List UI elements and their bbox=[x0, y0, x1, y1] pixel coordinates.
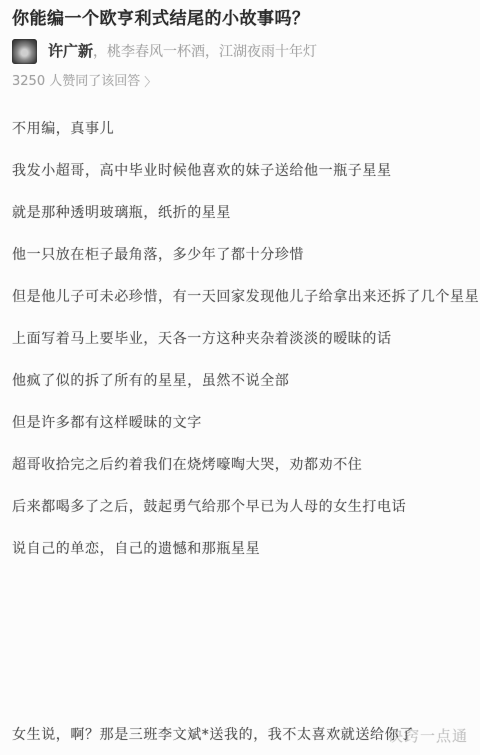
answer-page: 你能编一个欧亨利式结尾的小故事吗？ 许广新，桃李春风一杯酒，江湖夜雨十年灯 32… bbox=[0, 0, 480, 755]
answer-punchline: 女生说，啊？那是三班李文斌*送我的，我不太喜欢就送给你了 bbox=[12, 726, 468, 744]
answer-paragraph: 说自己的单恋，自己的遗憾和那瓶星星 bbox=[12, 540, 468, 558]
votes-link[interactable]: 3250 人赞同了该回答 〉 bbox=[12, 74, 156, 90]
answer-paragraph: 他疯了似的拆了所有的星星，虽然不说全部 bbox=[12, 372, 468, 390]
author-name[interactable]: 许广新 bbox=[48, 42, 93, 60]
answer-paragraph: 他一只放在柜子最角落，多少年了都十分珍惜 bbox=[12, 246, 468, 264]
answer-paragraph: 但是许多都有这样暧昧的文字 bbox=[12, 414, 468, 432]
answer-paragraph: 但是他儿子可未必珍惜，有一天回家发现他儿子给拿出来还拆了几个星星 bbox=[12, 288, 468, 306]
answer-paragraph: 后来都喝多了之后，鼓起勇气给那个早已为人母的女生打电话 bbox=[12, 498, 468, 516]
author-row: 许广新，桃李春风一杯酒，江湖夜雨十年灯 bbox=[12, 38, 468, 64]
answer-paragraph: 超哥收拾完之后约着我们在烧烤嚎啕大哭，劝都劝不住 bbox=[12, 456, 468, 474]
punchline-row: 诀窍一点通 女生说，啊？那是三班李文斌*送我的，我不太喜欢就送给你了 bbox=[12, 726, 468, 744]
author-separator: ， bbox=[93, 44, 107, 60]
author-avatar[interactable] bbox=[12, 39, 37, 64]
author-tagline: 桃李春风一杯酒，江湖夜雨十年灯 bbox=[107, 44, 317, 60]
answer-paragraph: 就是那种透明玻璃瓶，纸折的星星 bbox=[12, 204, 468, 222]
chevron-right-icon: 〉 bbox=[144, 74, 156, 90]
answer-paragraph: 不用编，真事儿 bbox=[12, 120, 468, 138]
votes-text: 3250 人赞同了该回答 bbox=[12, 74, 140, 90]
author-text: 许广新，桃李春风一杯酒，江湖夜雨十年灯 bbox=[48, 38, 317, 65]
answer-paragraph: 我发小超哥，高中毕业时候他喜欢的妹子送给他一瓶子星星 bbox=[12, 162, 468, 180]
answer-body: 不用编，真事儿 我发小超哥，高中毕业时候他喜欢的妹子送给他一瓶子星星 就是那种透… bbox=[12, 120, 468, 558]
question-title[interactable]: 你能编一个欧亨利式结尾的小故事吗？ bbox=[12, 8, 468, 30]
answer-paragraph: 上面写着马上要毕业，天各一方这种夹杂着淡淡的暧昧的话 bbox=[12, 330, 468, 348]
